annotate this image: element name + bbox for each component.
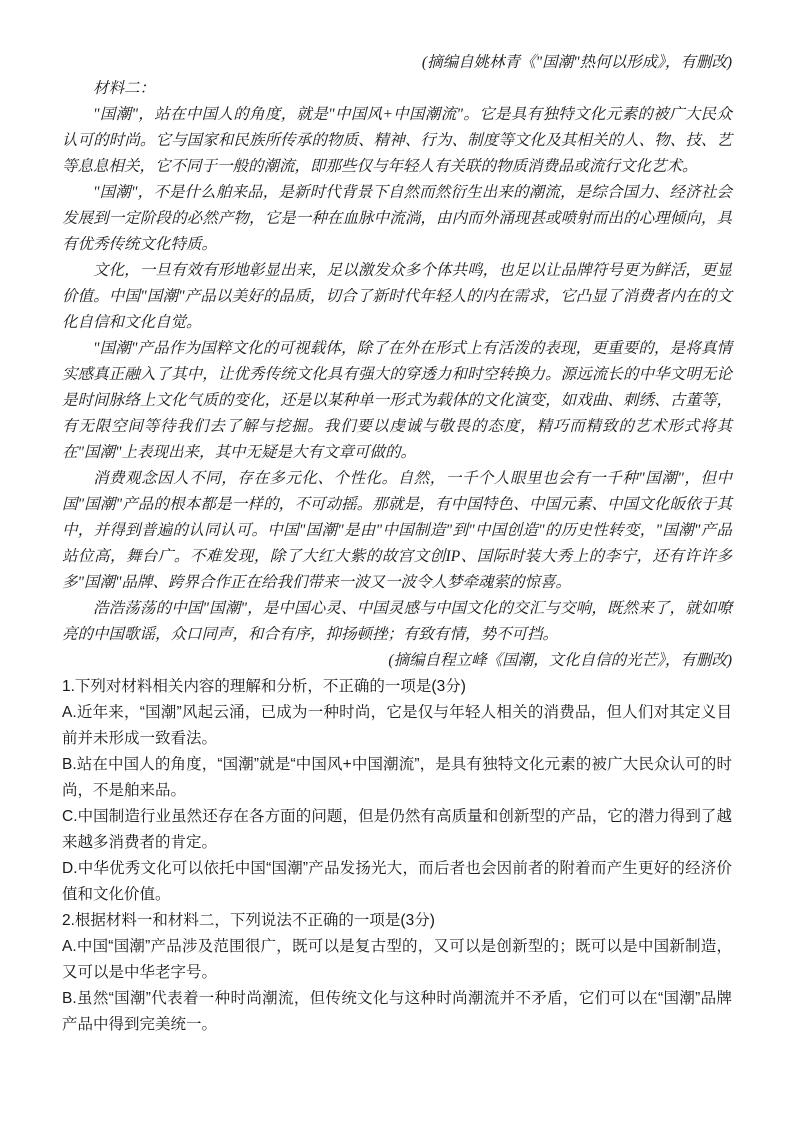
material-two-heading: 材料二： <box>62 76 732 102</box>
question-1-option-b: B.站在中国人的角度，“国潮”就是“中国风+中国潮流”，是具有独特文化元素的被广… <box>62 752 732 804</box>
document-page: (摘编自姚林青《"国潮"热何以形成》，有删改) 材料二： "国潮"，站在中国人的… <box>0 0 794 1123</box>
question-2-option-b: B.虽然“国潮”代表着一种时尚潮流，但传统文化与这种时尚潮流并不矛盾，它们可以在… <box>62 986 732 1038</box>
question-1-option-a: A.近年来，“国潮”风起云涌，已成为一种时尚，它是仅与年轻人相关的消费品，但人们… <box>62 700 732 752</box>
material-paragraph-6: 浩浩荡荡的中国"国潮"，是中国心灵、中国灵感与中国文化的交汇与交响，既然来了，就… <box>62 596 732 648</box>
question-1-option-c: C.中国制造行业虽然还存在各方面的问题，但是仍然有高质量和创新型的产品，它的潜力… <box>62 804 732 856</box>
material-paragraph-5: 消费观念因人不同，存在多元化、个性化。自然，一千个人眼里也会有一千种"国潮"，但… <box>62 466 732 596</box>
question-2-stem: 2.根据材料一和材料二，下列说法不正确的一项是(3分) <box>62 908 732 934</box>
material-two-citation: (摘编自程立峰《国潮，文化自信的光芒》，有删改) <box>62 648 732 674</box>
material-one-citation: (摘编自姚林青《"国潮"热何以形成》，有删改) <box>62 50 732 76</box>
question-2-option-a: A.中国“国潮”产品涉及范围很广，既可以是复古型的，又可以是创新型的；既可以是中… <box>62 934 732 986</box>
question-1-stem: 1.下列对材料相关内容的理解和分析，不正确的一项是(3分) <box>62 674 732 700</box>
material-paragraph-4: "国潮"产品作为国粹文化的可视载体，除了在外在形式上有活泼的表现，更重要的，是将… <box>62 336 732 466</box>
question-2: 2.根据材料一和材料二，下列说法不正确的一项是(3分) A.中国“国潮”产品涉及… <box>62 908 732 1038</box>
question-1: 1.下列对材料相关内容的理解和分析，不正确的一项是(3分) A.近年来，“国潮”… <box>62 674 732 908</box>
material-paragraph-2: "国潮"，不是什么舶来品，是新时代背景下自然而然衍生出来的潮流，是综合国力、经济… <box>62 180 732 258</box>
question-1-option-d: D.中华优秀文化可以依托中国“国潮”产品发扬光大，而后者也会因前者的附着而产生更… <box>62 856 732 908</box>
material-paragraph-3: 文化，一旦有效有形地彰显出来，足以激发众多个体共鸣，也足以让品牌符号更为鲜活，更… <box>62 258 732 336</box>
material-paragraph-1: "国潮"，站在中国人的角度，就是"中国风+中国潮流"。它是具有独特文化元素的被广… <box>62 102 732 180</box>
